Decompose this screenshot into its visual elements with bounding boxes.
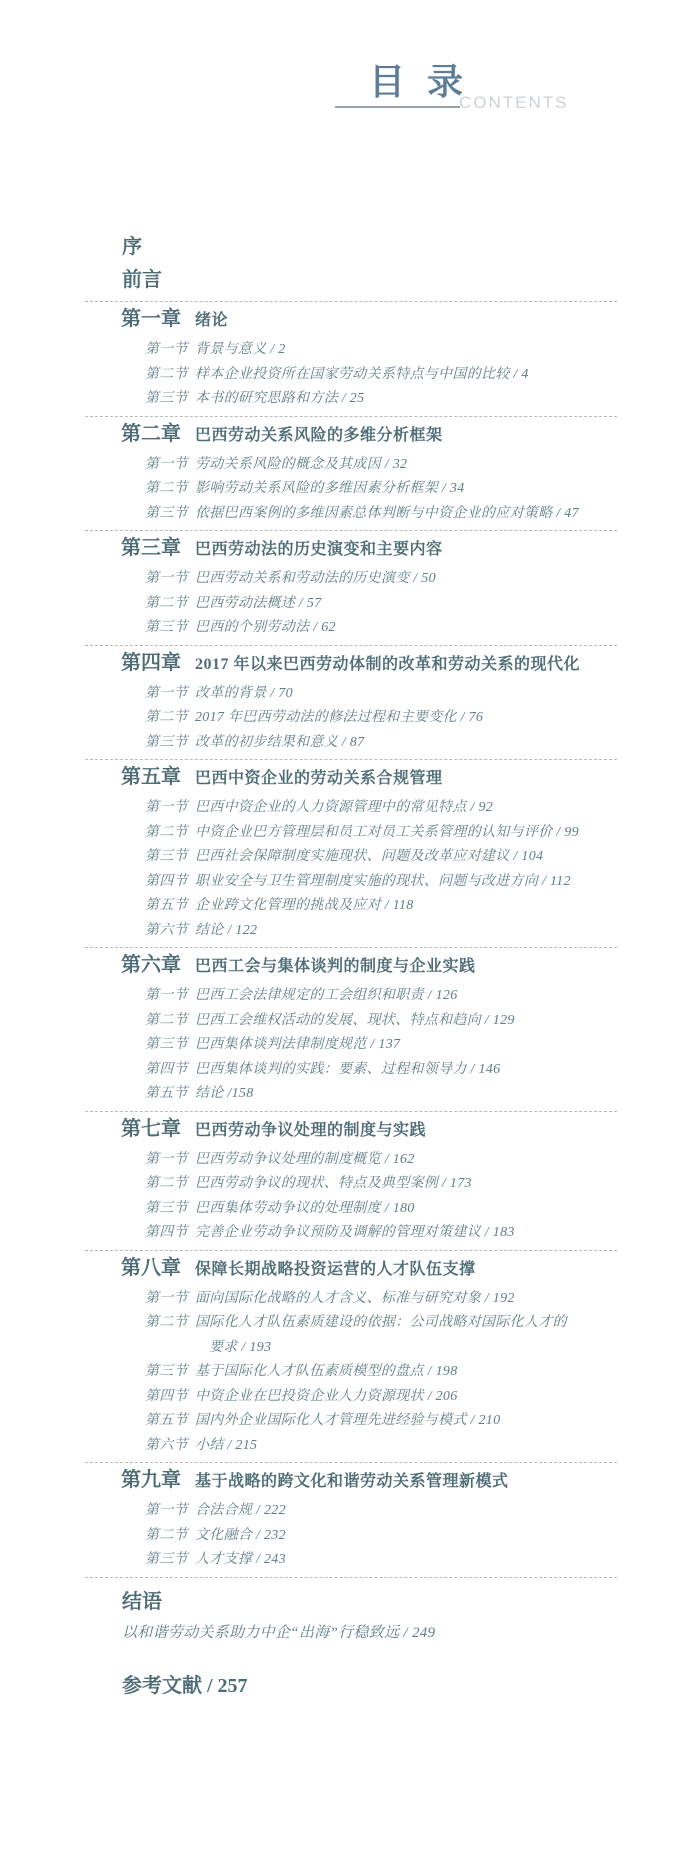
section-title: 巴西工会维权活动的发展、现状、特点和趋向 / 129 <box>195 1009 652 1034</box>
section-title: 合法合规 / 222 <box>195 1499 652 1524</box>
chapter-heading: 第四章2017 年以来巴西劳动体制的改革和劳动关系的现代化 <box>0 650 692 678</box>
section-row: 第二节 巴西工会维权活动的发展、现状、特点和趋向 / 129 <box>0 1009 692 1034</box>
section-label: 第一节 <box>145 1499 195 1524</box>
chapter-title: 保障长期战略投资运营的人才队伍支撑 <box>195 1261 476 1278</box>
section-label: 第二节 <box>145 1311 195 1360</box>
section-title: 巴西劳动争议处理的制度概览 / 162 <box>195 1148 652 1173</box>
section-label: 第一节 <box>145 1287 195 1312</box>
section-title: 结论 / 122 <box>195 919 652 944</box>
chapter-title: 巴西劳动关系风险的多维分析框架 <box>195 427 443 444</box>
section-row: 第一节 巴西劳动关系和劳动法的历史演变 / 50 <box>0 567 692 592</box>
chapter-number: 第六章 <box>121 952 195 979</box>
section-row: 第四节 中资企业在巴投资企业人力资源现状 / 206 <box>0 1385 692 1410</box>
chapter-number: 第二章 <box>121 421 195 448</box>
section-label: 第二节 <box>145 363 195 388</box>
section-title: 巴西的个别劳动法 / 62 <box>195 616 652 641</box>
section-title: 背景与意义 / 2 <box>195 338 652 363</box>
chapter-number: 第八章 <box>121 1255 195 1282</box>
section-title: 巴西集体谈判的实践：要素、过程和领导力 / 146 <box>195 1058 652 1083</box>
section-title: 职业安全与卫生管理制度实施的现状、问题与改进方向 / 112 <box>195 870 652 895</box>
section-title: 改革的初步结果和意义 / 87 <box>195 731 652 756</box>
section-label: 第二节 <box>145 1009 195 1034</box>
chapter-block: 第四章2017 年以来巴西劳动体制的改革和劳动关系的现代化 第一节 改革的背景 … <box>0 650 692 756</box>
section-row: 第二节 巴西劳动法概述 / 57 <box>0 592 692 617</box>
section-row: 第三节 依据巴西案例的多维因素总体判断与中资企业的应对策略 / 47 <box>0 502 692 527</box>
section-title: 巴西社会保障制度实施现状、问题及改革应对建议 / 104 <box>195 845 652 870</box>
section-label: 第四节 <box>145 870 195 895</box>
section-title: 面向国际化战略的人才含义、标准与研究对象 / 192 <box>195 1287 652 1312</box>
section-title: 国内外企业国际化人才管理先进经验与模式 / 210 <box>195 1409 652 1434</box>
section-title: 结论 /158 <box>195 1082 652 1107</box>
section-label: 第二节 <box>145 592 195 617</box>
section-label: 第二节 <box>145 1172 195 1197</box>
separator <box>85 1111 617 1112</box>
chapter-block: 第六章巴西工会与集体谈判的制度与企业实践 第一节 巴西工会法律规定的工会组织和职… <box>0 952 692 1107</box>
chapter-block: 第八章保障长期战略投资运营的人才队伍支撑 第一节 面向国际化战略的人才含义、标准… <box>0 1255 692 1459</box>
section-label: 第五节 <box>145 1409 195 1434</box>
section-row: 第四节 完善企业劳动争议预防及调解的管理对策建议 / 183 <box>0 1221 692 1246</box>
section-title: 企业跨文化管理的挑战及应对 / 118 <box>195 894 652 919</box>
section-title: 巴西工会法律规定的工会组织和职责 / 126 <box>195 984 652 1009</box>
section-label: 第五节 <box>145 1082 195 1107</box>
conclusion-heading: 结语 <box>0 1587 692 1618</box>
chapter-title: 巴西劳动争议处理的制度与实践 <box>195 1122 426 1139</box>
section-row: 第二节 文化融合 / 232 <box>0 1524 692 1549</box>
section-row: 第二节 国际化人才队伍素质建设的依据：公司战略对国际化人才的 要求 / 193 <box>0 1311 692 1360</box>
section-title: 完善企业劳动争议预防及调解的管理对策建议 / 183 <box>195 1221 652 1246</box>
section-row: 第一节 面向国际化战略的人才含义、标准与研究对象 / 192 <box>0 1287 692 1312</box>
section-label: 第一节 <box>145 338 195 363</box>
chapter-title: 巴西中资企业的劳动关系合规管理 <box>195 770 443 787</box>
chapter-title: 基于战略的跨文化和谐劳动关系管理新模式 <box>195 1473 509 1490</box>
chapter-number: 第九章 <box>121 1467 195 1494</box>
section-row: 第二节 中资企业巴方管理层和员工对员工关系管理的认知与评价 / 99 <box>0 821 692 846</box>
section-row: 第三节 巴西集体谈判法律制度规范 / 137 <box>0 1033 692 1058</box>
section-title-line2: 要求 / 193 <box>195 1336 652 1361</box>
section-title: 样本企业投资所在国家劳动关系特点与中国的比较 / 4 <box>195 363 652 388</box>
section-label: 第一节 <box>145 453 195 478</box>
section-title: 2017 年巴西劳动法的修法过程和主要变化 / 76 <box>195 706 652 731</box>
chapter-heading: 第三章巴西劳动法的历史演变和主要内容 <box>0 535 692 563</box>
section-label: 第三节 <box>145 731 195 756</box>
separator <box>85 530 617 531</box>
section-row: 第一节 劳动关系风险的概念及其成因 / 32 <box>0 453 692 478</box>
title-underline <box>335 106 460 108</box>
separator <box>85 1462 617 1463</box>
section-row: 第四节 巴西集体谈判的实践：要素、过程和领导力 / 146 <box>0 1058 692 1083</box>
section-row: 第三节 本书的研究思路和方法 / 25 <box>0 387 692 412</box>
contents-subtitle: CONTENTS <box>459 93 569 113</box>
chapter-block: 第五章巴西中资企业的劳动关系合规管理 第一节 巴西中资企业的人力资源管理中的常见… <box>0 764 692 943</box>
section-title: 巴西劳动法概述 / 57 <box>195 592 652 617</box>
section-title-line1: 国际化人才队伍素质建设的依据：公司战略对国际化人才的 <box>195 1311 652 1336</box>
section-row: 第三节 基于国际化人才队伍素质模型的盘点 / 198 <box>0 1360 692 1385</box>
section-label: 第三节 <box>145 1197 195 1222</box>
section-label: 第一节 <box>145 796 195 821</box>
section-row: 第一节 巴西劳动争议处理的制度概览 / 162 <box>0 1148 692 1173</box>
chapter-heading: 第七章巴西劳动争议处理的制度与实践 <box>0 1116 692 1144</box>
section-label: 第三节 <box>145 1548 195 1573</box>
section-label: 第三节 <box>145 1360 195 1385</box>
section-title: 中资企业在巴投资企业人力资源现状 / 206 <box>195 1385 652 1410</box>
section-label: 第一节 <box>145 682 195 707</box>
separator <box>85 645 617 646</box>
section-label: 第四节 <box>145 1058 195 1083</box>
section-row: 第三节 人才支撑 / 243 <box>0 1548 692 1573</box>
section-title: 巴西集体谈判法律制度规范 / 137 <box>195 1033 652 1058</box>
chapter-heading: 第八章保障长期战略投资运营的人才队伍支撑 <box>0 1255 692 1283</box>
section-row: 第五节 结论 /158 <box>0 1082 692 1107</box>
section-title: 劳动关系风险的概念及其成因 / 32 <box>195 453 652 478</box>
section-title: 巴西劳动争议的现状、特点及典型案例 / 173 <box>195 1172 652 1197</box>
chapter-title: 巴西工会与集体谈判的制度与企业实践 <box>195 958 476 975</box>
section-label: 第一节 <box>145 984 195 1009</box>
section-row: 第四节 职业安全与卫生管理制度实施的现状、问题与改进方向 / 112 <box>0 870 692 895</box>
chapter-block: 第一章绪论 第一节 背景与意义 / 2 第二节 样本企业投资所在国家劳动关系特点… <box>0 306 692 412</box>
separator <box>85 759 617 760</box>
chapter-title: 巴西劳动法的历史演变和主要内容 <box>195 541 443 558</box>
chapter-block: 第七章巴西劳动争议处理的制度与实践 第一节 巴西劳动争议处理的制度概览 / 16… <box>0 1116 692 1246</box>
section-label: 第二节 <box>145 706 195 731</box>
section-row: 第一节 巴西中资企业的人力资源管理中的常见特点 / 92 <box>0 796 692 821</box>
section-row: 第一节 合法合规 / 222 <box>0 1499 692 1524</box>
section-title: 人才支撑 / 243 <box>195 1548 652 1573</box>
separator <box>85 947 617 948</box>
chapter-title: 2017 年以来巴西劳动体制的改革和劳动关系的现代化 <box>195 656 580 673</box>
chapter-number: 第一章 <box>121 306 195 333</box>
chapter-number: 第三章 <box>121 535 195 562</box>
separator <box>85 416 617 417</box>
section-title: 小结 / 215 <box>195 1434 652 1459</box>
section-title: 依据巴西案例的多维因素总体判断与中资企业的应对策略 / 47 <box>195 502 652 527</box>
section-row: 第六节 结论 / 122 <box>0 919 692 944</box>
section-row: 第二节 影响劳动关系风险的多维因素分析框架 / 34 <box>0 477 692 502</box>
section-label: 第五节 <box>145 894 195 919</box>
section-label: 第三节 <box>145 1033 195 1058</box>
section-row: 第一节 巴西工会法律规定的工会组织和职责 / 126 <box>0 984 692 1009</box>
section-title: 国际化人才队伍素质建设的依据：公司战略对国际化人才的 要求 / 193 <box>195 1311 652 1360</box>
section-title: 影响劳动关系风险的多维因素分析框架 / 34 <box>195 477 652 502</box>
section-row: 第三节 巴西的个别劳动法 / 62 <box>0 616 692 641</box>
separator <box>85 301 617 302</box>
section-row: 第六节 小结 / 215 <box>0 1434 692 1459</box>
section-title: 巴西劳动关系和劳动法的历史演变 / 50 <box>195 567 652 592</box>
section-title: 文化融合 / 232 <box>195 1524 652 1549</box>
section-row: 第三节 巴西集体劳动争议的处理制度 / 180 <box>0 1197 692 1222</box>
section-label: 第四节 <box>145 1221 195 1246</box>
chapter-heading: 第二章巴西劳动关系风险的多维分析框架 <box>0 421 692 449</box>
section-label: 第三节 <box>145 616 195 641</box>
chapter-heading: 第一章绪论 <box>0 306 692 334</box>
section-row: 第三节 改革的初步结果和意义 / 87 <box>0 731 692 756</box>
section-row: 第五节 企业跨文化管理的挑战及应对 / 118 <box>0 894 692 919</box>
chapter-number: 第五章 <box>121 764 195 791</box>
conclusion-item: 以和谐劳动关系助力中企“出海”行稳致远 / 249 <box>0 1621 692 1645</box>
section-label: 第六节 <box>145 919 195 944</box>
section-row: 第三节 巴西社会保障制度实施现状、问题及改革应对建议 / 104 <box>0 845 692 870</box>
section-row: 第二节 样本企业投资所在国家劳动关系特点与中国的比较 / 4 <box>0 363 692 388</box>
references-item: 参考文献 / 257 <box>0 1671 692 1702</box>
chapter-heading: 第六章巴西工会与集体谈判的制度与企业实践 <box>0 952 692 980</box>
section-title: 巴西中资企业的人力资源管理中的常见特点 / 92 <box>195 796 652 821</box>
front-matter-foreword: 前言 <box>0 264 692 297</box>
section-title: 本书的研究思路和方法 / 25 <box>195 387 652 412</box>
chapter-block: 第三章巴西劳动法的历史演变和主要内容 第一节 巴西劳动关系和劳动法的历史演变 /… <box>0 535 692 641</box>
front-matter-preface: 序 <box>0 231 692 264</box>
separator <box>85 1250 617 1251</box>
separator <box>85 1577 617 1578</box>
chapter-number: 第四章 <box>121 650 195 677</box>
section-label: 第一节 <box>145 1148 195 1173</box>
page-title: 目 录 <box>369 54 469 105</box>
chapter-heading: 第五章巴西中资企业的劳动关系合规管理 <box>0 764 692 792</box>
section-label: 第四节 <box>145 1385 195 1410</box>
section-label: 第六节 <box>145 1434 195 1459</box>
section-label: 第三节 <box>145 845 195 870</box>
chapter-number: 第七章 <box>121 1116 195 1143</box>
section-row: 第一节 背景与意义 / 2 <box>0 338 692 363</box>
chapter-block: 第二章巴西劳动关系风险的多维分析框架 第一节 劳动关系风险的概念及其成因 / 3… <box>0 421 692 527</box>
section-title: 巴西集体劳动争议的处理制度 / 180 <box>195 1197 652 1222</box>
section-label: 第三节 <box>145 387 195 412</box>
section-title: 中资企业巴方管理层和员工对员工关系管理的认知与评价 / 99 <box>195 821 652 846</box>
chapter-heading: 第九章基于战略的跨文化和谐劳动关系管理新模式 <box>0 1467 692 1495</box>
section-title: 基于国际化人才队伍素质模型的盘点 / 198 <box>195 1360 652 1385</box>
chapter-block: 第九章基于战略的跨文化和谐劳动关系管理新模式 第一节 合法合规 / 222 第二… <box>0 1467 692 1573</box>
section-row: 第二节 巴西劳动争议的现状、特点及典型案例 / 173 <box>0 1172 692 1197</box>
section-row: 第二节 2017 年巴西劳动法的修法过程和主要变化 / 76 <box>0 706 692 731</box>
toc-page: 目 录 CONTENTS 序 前言 第一章绪论 第一节 背景与意义 / 2 第二… <box>0 0 692 1873</box>
chapter-title: 绪论 <box>195 312 228 329</box>
section-label: 第二节 <box>145 821 195 846</box>
section-label: 第一节 <box>145 567 195 592</box>
section-label: 第二节 <box>145 1524 195 1549</box>
section-row: 第一节 改革的背景 / 70 <box>0 682 692 707</box>
toc-list: 序 前言 第一章绪论 第一节 背景与意义 / 2 第二节 样本企业投资所在国家劳… <box>0 231 692 1702</box>
section-title: 改革的背景 / 70 <box>195 682 652 707</box>
section-label: 第三节 <box>145 502 195 527</box>
section-label: 第二节 <box>145 477 195 502</box>
section-row: 第五节 国内外企业国际化人才管理先进经验与模式 / 210 <box>0 1409 692 1434</box>
